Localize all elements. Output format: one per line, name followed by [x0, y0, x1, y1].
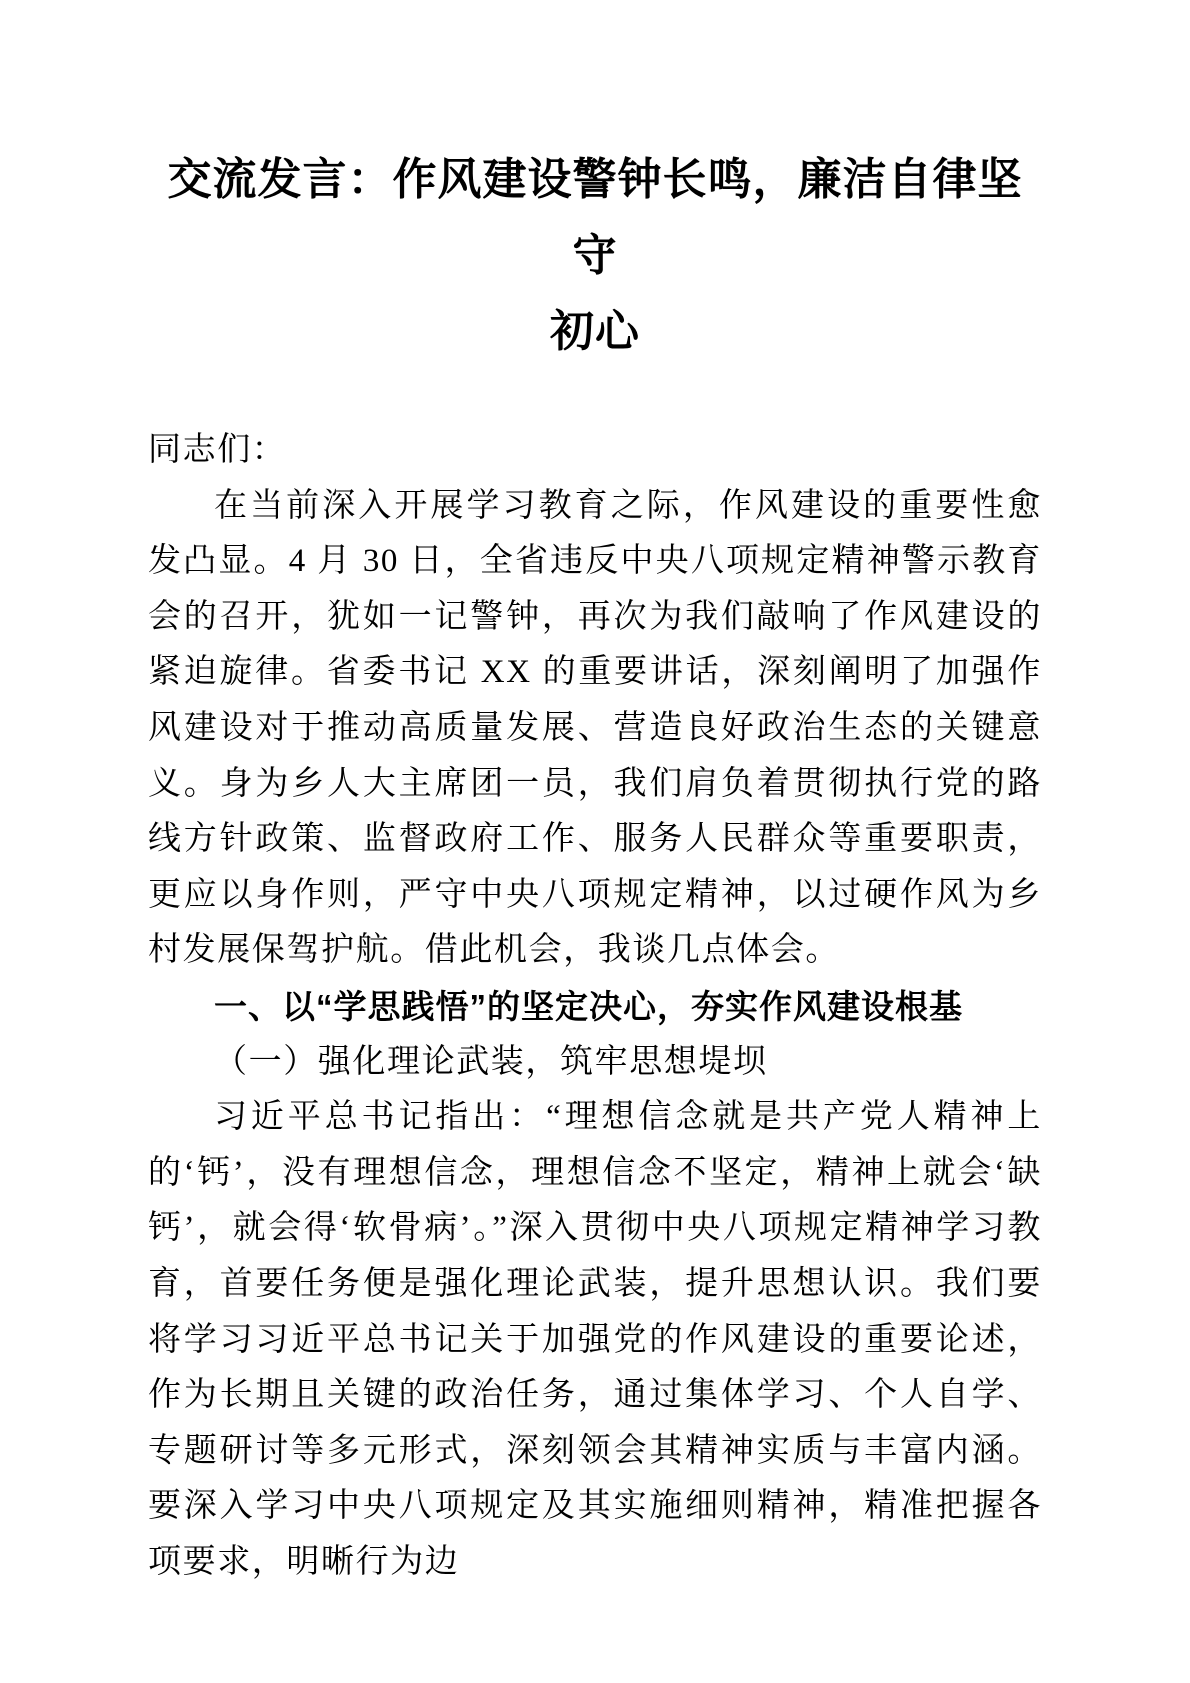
document-title: 交流发言：作风建设警钟长鸣，廉洁自律坚守 初心 [148, 142, 1042, 370]
document-page: 交流发言：作风建设警钟长鸣，廉洁自律坚守 初心 同志们： 在当前深入开展学习教育… [0, 0, 1190, 1683]
salutation: 同志们： [148, 423, 1042, 479]
document-title-line-2: 初心 [148, 294, 1042, 370]
document-title-line-1: 交流发言：作风建设警钟长鸣，廉洁自律坚守 [148, 142, 1042, 294]
section-1-heading: 一、以“学思践悟”的坚定决心，夯实作风建设根基 [148, 979, 1042, 1035]
section-1-subsection-1-body: 习近平总书记指出：“理想信念就是共产党人精神上的‘钙’，没有理想信念，理想信念不… [148, 1090, 1042, 1590]
intro-paragraph: 在当前深入开展学习教育之际，作风建设的重要性愈发凸显。4 月 30 日，全省违反… [148, 479, 1042, 979]
section-1-subsection-1-heading: （一）强化理论武装，筑牢思想堤坝 [148, 1035, 1042, 1091]
